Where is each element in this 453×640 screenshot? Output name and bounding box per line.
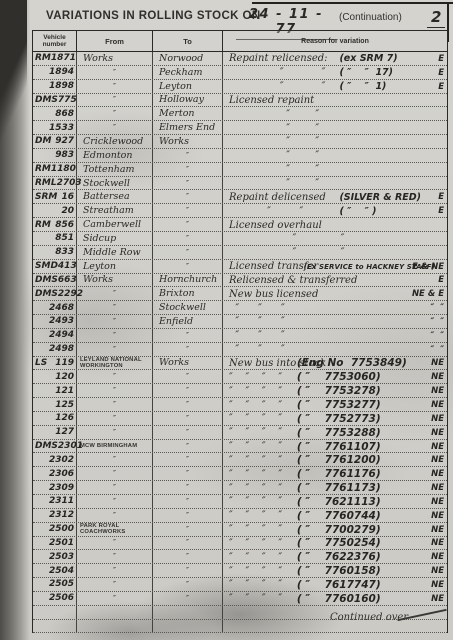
vehicle-number: 2312 [49,510,74,520]
reason-paren: ( ″ 7761200) [297,453,381,467]
reason-cell: ″ ″ [223,246,447,259]
vehicle-cell: 833 [33,246,77,259]
reason-text: ″ ″ ″ ″ [229,467,282,481]
to-cell: Norwood [153,52,223,65]
from-cell: Stockwell [77,177,153,190]
status-mark: E [438,80,444,94]
table-row: DMS 663 Works Hornchurch Relicensed & tr… [33,274,447,288]
table-row: 1898 ″ Leyton ″ ″ ( ″ ″ 1) E [33,80,447,94]
status-mark: ″ ″ [430,301,444,315]
reason-cell: Licensed transfer (Ex SERVICE to HACKNEY… [223,260,447,273]
status-mark: NE [431,509,444,523]
vehicle-number: 2306 [49,469,74,479]
to-cell: ″ [153,246,223,259]
table-row: DMS 2301 MCW BIRMINGHAM ″ ″ ″ ″ ″ ( ″ 77… [33,440,447,454]
vehicle-number: 983 [55,150,74,160]
status-mark: ″ ″ [430,343,444,357]
to-cell: ″ [153,564,223,577]
reason-paren: ( ″ 7760744) [297,509,381,523]
table-row: 127 ″ ″ ″ ″ ″ ″ ( ″ 7753288) NE [33,426,447,440]
vehicle-prefix: SMD [35,261,58,271]
vehicle-number: 1898 [49,81,74,91]
scanned-page: VARIATIONS IN ROLLING STOCK ON 24 - 11 -… [0,0,453,640]
reason-text: ″ ″ ″ ″ [229,412,282,426]
table-row: 2501 ″ ″ ″ ″ ″ ″ ( ″ 7750254) NE [33,537,447,551]
vehicle-cell: 2468 [33,301,77,314]
to-cell: ″ [153,384,223,397]
reason-cell: ″ ″ ″ ″ ( ″ 7752773) NE [223,412,447,425]
reason-cell: ″ ″ ″ ″ ( ″ 7753277) NE [223,398,447,411]
status-mark: NE [431,440,444,454]
vehicle-cell: DM 927 [33,135,77,148]
table-row: 2505 ″ ″ ″ ″ ″ ″ ( ″ 7617747) NE [33,578,447,592]
from-cell: ″ [77,564,153,577]
from-cell: ″ [77,329,153,342]
vehicle-number: 775 [58,95,77,105]
table-row: 120 ″ ″ ″ ″ ″ ″ ( ″ 7753060) NE [33,370,447,384]
reason-cell: ″ ″ [223,232,447,245]
reason-text: ″ ″ ″ ″ [229,384,282,398]
vehicle-prefix: DMS [35,441,58,451]
table-row: 1894 ″ Peckham ″ ″ ( ″ ″ 17) E [33,66,447,80]
vehicle-number: 2505 [49,579,74,589]
reason-cell: Repaint delicensed (SILVER & RED) E [223,190,447,203]
status-mark: NE [431,564,444,578]
to-cell: ″ [153,204,223,217]
vehicle-cell: 2503 [33,550,77,563]
from-cell: ″ [77,384,153,397]
status-mark: NE & E [412,287,444,301]
reason-paren: ( ″ 7761176) [297,467,381,481]
vehicle-cell: 2498 [33,343,77,356]
from-cell [77,606,153,619]
from-cell: Works [77,274,153,287]
vehicle-prefix: DMS [35,95,58,105]
table-header: Vehicle number From To Reason for variat… [32,30,448,52]
reason-text: ″ ″ ″ [229,301,285,315]
vehicle-cell: 120 [33,370,77,383]
to-cell: ″ [153,190,223,203]
table-row: 2506 ″ ″ ″ ″ ″ ″ ( ″ 7760160) NE [33,592,447,606]
status-mark: NE [431,453,444,467]
to-cell: ″ [153,495,223,508]
reason-cell: Repaint relicensed: (ex SRM 7) E [223,52,447,65]
to-cell: ″ [153,523,223,536]
to-cell: ″ [153,398,223,411]
to-cell: ″ [153,578,223,591]
reason-text: ″ ″ ″ ″ [229,592,282,606]
to-cell: Works [153,135,223,148]
table-row: 2306 ″ ″ ″ ″ ″ ″ ( ″ 7761176) NE [33,467,447,481]
vehicle-cell: 983 [33,149,77,162]
vehicle-number: 121 [55,386,74,396]
reason-cell: ″ ″ ″ ″ ( ″ 7700279) NE [223,523,447,536]
reason-cell: ″ ″ ″ ″ ( ″ 7760158) NE [223,564,447,577]
from-cell: Edmonton [77,149,153,162]
table-row: DM 927 Cricklewood Works ″ ″ [33,135,447,149]
from-cell: ″ [77,550,153,563]
reason-cell: New bus licensed NE & E [223,287,447,300]
reason-cell: Licensed overhaul [223,218,447,231]
vehicle-cell: DMS 775 [33,94,77,107]
vehicle-cell: RM 856 [33,218,77,231]
reason-cell: ″ ″ [223,149,447,162]
to-cell: ″ [153,509,223,522]
reason-cell: ″ ″ ″ ″ ( ″ 7761173) NE [223,481,447,494]
vehicle-cell: RML 2703 [33,177,77,190]
from-cell: ″ [77,398,153,411]
to-cell: Hornchurch [153,274,223,287]
reason-text: ″ ″ ″ ″ [229,495,282,509]
reason-cell: Licensed repaint [223,94,447,107]
reason-text: ″ ″ ″ ″ [229,523,282,537]
reason-paren: ( ″ 7760158) [297,564,381,578]
reason-cell: ″ ″ ″ ″ ( ″ 7753288) NE [223,426,447,439]
reason-cell: ″ ″ [223,135,447,148]
vehicle-cell: 126 [33,412,77,425]
reason-cell: ″ ″ ″ ″ ( ″ 7617747) NE [223,578,447,591]
vehicle-cell: 127 [33,426,77,439]
vehicle-prefix: RM [35,220,51,230]
vehicle-cell: DMS 2292 [33,287,77,300]
from-cell: Tottenham [77,163,153,176]
table-row: RML 2703 Stockwell ″ ″ ″ [33,177,447,191]
to-cell: Works [153,357,223,370]
to-cell: Enfield [153,315,223,328]
from-cell: Leyton [77,260,153,273]
status-mark: NE [431,426,444,440]
status-mark: NE [431,550,444,564]
from-cell: ″ [77,343,153,356]
reason-paren: ( ″ 7752773) [297,412,381,426]
table-row: LS 119 LEYLAND NATIONAL WORKINGTON Works… [33,357,447,371]
vehicle-cell: 2302 [33,453,77,466]
to-cell: ″ [153,453,223,466]
vehicle-cell: 20 [33,204,77,217]
from-cell: ″ [77,370,153,383]
table-row: 2500 PARK ROYAL COACHWORKS ″ ″ ″ ″ ″ ( ″… [33,523,447,537]
vehicle-number: 16 [61,192,74,202]
from-cell: ″ [77,453,153,466]
vehicle-cell: LS 119 [33,357,77,370]
to-cell: ″ [153,218,223,231]
from-cell: ″ [77,301,153,314]
table-row: 2468 ″ Stockwell ″ ″ ″ ″ ″ [33,301,447,315]
reason-paren: ( ″ ″ 17) [339,66,393,80]
to-cell: ″ [153,440,223,453]
vehicle-cell: 2493 [33,315,77,328]
vehicle-number: 127 [55,427,74,437]
header-vehicle-number-label: Vehicle number [40,34,70,48]
reason-cell: ″ ″ ″ ″ ( ″ 7622376) NE [223,550,447,563]
vehicle-prefix: RM [35,53,51,63]
reason-text: ″ ″ [229,232,345,246]
reason-text: Repaint delicensed [229,190,326,204]
table-row: RM 1871 Works Norwood Repaint relicensed… [33,52,447,66]
page-number: 2 [427,8,445,28]
reason-text: ″ ″ [229,246,345,260]
vehicle-prefix: RM [35,164,51,174]
reason-cell: ″ ″ ( ″ ″ 17) E [223,66,447,79]
header-from: From [77,31,153,51]
table-row: 2312 ″ ″ ″ ″ ″ ″ ( ″ 7760744) NE [33,509,447,523]
from-cell: ″ [77,107,153,120]
reason-cell: ″ ″ ″ ″ ( ″ 7761176) NE [223,467,447,480]
from-cell: ″ [77,495,153,508]
table-row: SMD 413 Leyton ″ Licensed transfer (Ex S… [33,260,447,274]
reason-text: ″ ″ ″ ″ [229,481,282,495]
vehicle-cell: 121 [33,384,77,397]
to-cell: ″ [153,537,223,550]
reason-text: ″ ″ ″ ″ [229,537,282,551]
to-cell: ″ [153,260,223,273]
vehicle-number: 1180 [51,164,76,174]
reason-cell: New bus into stock (Eng No 7753849) NE [223,357,447,370]
vehicle-number: 2504 [49,566,74,576]
reason-cell: ″ ″ [223,107,447,120]
to-cell: Holloway [153,94,223,107]
to-cell: ″ [153,467,223,480]
from-cell: LEYLAND NATIONAL WORKINGTON [77,357,153,370]
from-cell: ″ [77,80,153,93]
vehicle-number: 833 [55,247,74,257]
vehicle-number: 927 [55,136,74,146]
vehicle-number: 1533 [49,123,74,133]
to-cell: Brixton [153,287,223,300]
status-mark: ″ ″ [430,315,444,329]
reason-text: ″ ″ [229,204,303,218]
table-row: SRM 16 Battersea ″ Repaint delicensed (S… [33,190,447,204]
continuation-label: (Continuation) [339,12,402,23]
reason-text: ″ ″ ″ ″ [229,398,282,412]
status-mark: NE [431,398,444,412]
vehicle-number: 120 [55,372,74,382]
vehicle-number: 2311 [49,496,74,506]
to-cell [153,606,223,619]
to-cell: ″ [153,177,223,190]
reason-text: ″ ″ [229,135,319,149]
from-cell: ″ [77,426,153,439]
header-reason: Reason for variation [223,31,447,51]
reason-text: New bus licensed [229,287,318,301]
vehicle-number: 2302 [49,455,74,465]
vehicle-cell: 2309 [33,481,77,494]
vehicle-number: 119 [55,358,74,368]
to-cell: ″ [153,370,223,383]
vehicle-cell: SRM 16 [33,190,77,203]
to-cell: Elmers End [153,121,223,134]
reason-text: ″ ″ [229,80,325,94]
from-cell: Works [77,52,153,65]
vehicle-cell: 2494 [33,329,77,342]
reason-cell: ″ ″ ( ″ ″ ) E [223,204,447,217]
status-mark: ″ ″ [430,329,444,343]
vehicle-number: 413 [58,261,77,271]
vehicle-cell: 851 [33,232,77,245]
from-cell: ″ [77,509,153,522]
from-cell: ″ [77,578,153,591]
top-border-line [252,2,453,4]
reason-cell: ″ ″ ″ ″ ( ″ 7750254) NE [223,537,447,550]
table-row: 868 ″ Merton ″ ″ [33,107,447,121]
header-to-label: To [183,37,192,46]
reason-paren: ( ″ ″ 1) [339,80,386,94]
vehicle-number: 2501 [49,538,74,548]
from-cell: ″ [77,412,153,425]
from-cell: MCW BIRMINGHAM [77,440,153,453]
reason-text: ″ ″ ″ [229,343,285,357]
vehicle-number: 2498 [49,344,74,354]
vehicle-cell: 2306 [33,467,77,480]
to-cell [153,620,223,633]
page-title: VARIATIONS IN ROLLING STOCK ON [46,10,261,22]
from-cell: Cricklewood [77,135,153,148]
reason-text: ″ ″ [229,66,325,80]
from-cell: Camberwell [77,218,153,231]
to-cell: ″ [153,550,223,563]
reason-paren: ( ″ 7622376) [297,550,381,564]
reason-cell: ″ ″ ″ ″ ( ″ 7621113) NE [223,495,447,508]
reason-text: ″ ″ ″ [229,329,285,343]
table-row: RM 856 Camberwell ″ Licensed overhaul [33,218,447,232]
from-cell: ″ [77,121,153,134]
reason-paren: ( ″ 7753060) [297,370,381,384]
from-cell: ″ [77,287,153,300]
reason-paren: ( ″ 7700279) [297,523,381,537]
vehicle-cell: 1533 [33,121,77,134]
reason-cell: ″ ″ [223,177,447,190]
to-cell: ″ [153,426,223,439]
table-row: 2504 ″ ″ ″ ″ ″ ″ ( ″ 7760158) NE [33,564,447,578]
vehicle-number: 20 [61,206,74,216]
from-cell: Streatham [77,204,153,217]
to-cell: ″ [153,232,223,245]
table-row: DMS 2292 ″ Brixton New bus licensed NE &… [33,287,447,301]
vehicle-cell [33,620,77,633]
vehicle-cell: 2312 [33,509,77,522]
status-mark: NE [431,578,444,592]
status-mark: E & NE [412,260,444,274]
from-cell: ″ [77,467,153,480]
status-mark: NE [431,592,444,606]
vehicle-number: 1894 [49,67,74,77]
from-cell: Sidcup [77,232,153,245]
vehicle-cell: 2506 [33,592,77,605]
reason-text: Relicensed & transferred [229,274,357,288]
from-cell: ″ [77,315,153,328]
table-row: 20 Streatham ″ ″ ″ ( ″ ″ ) E [33,204,447,218]
vehicle-number: 868 [55,109,74,119]
reason-cell: ″ ″ ″ ″ ( ″ 7760744) NE [223,509,447,522]
reason-text: ″ ″ ″ ″ [229,440,282,454]
table-row: 2302 ″ ″ ″ ″ ″ ″ ( ″ 7761200) NE [33,453,447,467]
from-cell: ″ [77,66,153,79]
header-to: To [153,31,223,51]
from-cell: ″ [77,592,153,605]
vehicle-cell: RM 1180 [33,163,77,176]
vehicle-number: 2506 [49,593,74,603]
reason-cell: ″ ″ [223,121,447,134]
vehicle-number: 126 [55,413,74,423]
reason-cell: ″ ″ ″ ″ ″ [223,343,447,356]
vehicle-cell: 2505 [33,578,77,591]
vehicle-cell: RM 1871 [33,52,77,65]
vehicle-cell: 1898 [33,80,77,93]
status-mark: E [438,190,444,204]
table-row: 125 ″ ″ ″ ″ ″ ″ ( ″ 7753277) NE [33,398,447,412]
vehicle-cell: 868 [33,107,77,120]
table-row: 121 ″ ″ ″ ″ ″ ″ ( ″ 7753278) NE [33,384,447,398]
reason-text: ″ ″ ″ ″ [229,550,282,564]
table-body: RM 1871 Works Norwood Repaint relicensed… [32,52,448,633]
vehicle-cell: 2501 [33,537,77,550]
reason-cell: ″ ″ [223,163,447,176]
vehicle-number: 2500 [49,524,74,534]
status-mark: NE [431,370,444,384]
status-mark: NE [431,537,444,551]
vehicle-cell: SMD 413 [33,260,77,273]
reason-cell: ″ ″ ″ ″ ( ″ 7753060) NE [223,370,447,383]
vehicle-prefix: DM [35,136,51,146]
to-cell: Leyton [153,80,223,93]
reason-paren: ( ″ 7617747) [297,578,381,592]
reason-text: ″ ″ ″ ″ [229,564,282,578]
vehicle-cell: 125 [33,398,77,411]
from-cell: PARK ROYAL COACHWORKS [77,523,153,536]
to-cell: ″ [153,592,223,605]
table-row: 2311 ″ ″ ″ ″ ″ ″ ( ″ 7621113) NE [33,495,447,509]
from-cell: ″ [77,537,153,550]
vehicle-number: 851 [55,233,74,243]
reason-cell: ″ ″ ″ ″ ″ [223,329,447,342]
table-row: 983 Edmonton ″ ″ ″ [33,149,447,163]
status-mark: E [438,52,444,66]
reason-text: Licensed overhaul [229,218,322,232]
reason-paren: ( ″ 7750254) [297,537,381,551]
reason-cell: ″ ″ ″ ″ ( ″ 7753278) NE [223,384,447,397]
table-row: 126 ″ ″ ″ ″ ″ ″ ( ″ 7752773) NE [33,412,447,426]
vehicle-cell: DMS 663 [33,274,77,287]
vehicle-prefix: LS [35,358,47,368]
from-cell: ″ [77,481,153,494]
vehicle-number: 2493 [49,316,74,326]
rolling-stock-table: Vehicle number From To Reason for variat… [32,30,448,633]
reason-text: Licensed repaint [229,94,314,108]
from-cell [77,620,153,633]
table-row: 2498 ″ ″ ″ ″ ″ ″ ″ [33,343,447,357]
vehicle-number: 1871 [51,53,76,63]
vehicle-cell: 2311 [33,495,77,508]
vehicle-prefix: DMS [35,275,58,285]
reason-text: ″ ″ [229,163,319,177]
continued-over-note: Continued over [330,612,408,623]
from-cell: Middle Row [77,246,153,259]
table-row: 833 Middle Row ″ ″ ″ [33,246,447,260]
vehicle-number: 2494 [49,330,74,340]
table-row: 2309 ″ ″ ″ ″ ″ ″ ( ″ 7761173) NE [33,481,447,495]
vehicle-number: 2468 [49,303,74,313]
header-reason-label: Reason for variation [301,38,369,45]
page-edge-shadow [0,0,30,640]
table-row: 2493 ″ Enfield ″ ″ ″ ″ ″ [33,315,447,329]
vehicle-cell: 2500 [33,523,77,536]
to-cell: Merton [153,107,223,120]
status-mark: NE [431,357,444,371]
reason-cell: ″ ″ ″ ″ ( ″ 7761200) NE [223,453,447,466]
status-mark: NE [431,412,444,426]
status-mark: NE [431,481,444,495]
table-row: 1533 ″ Elmers End ″ ″ [33,121,447,135]
